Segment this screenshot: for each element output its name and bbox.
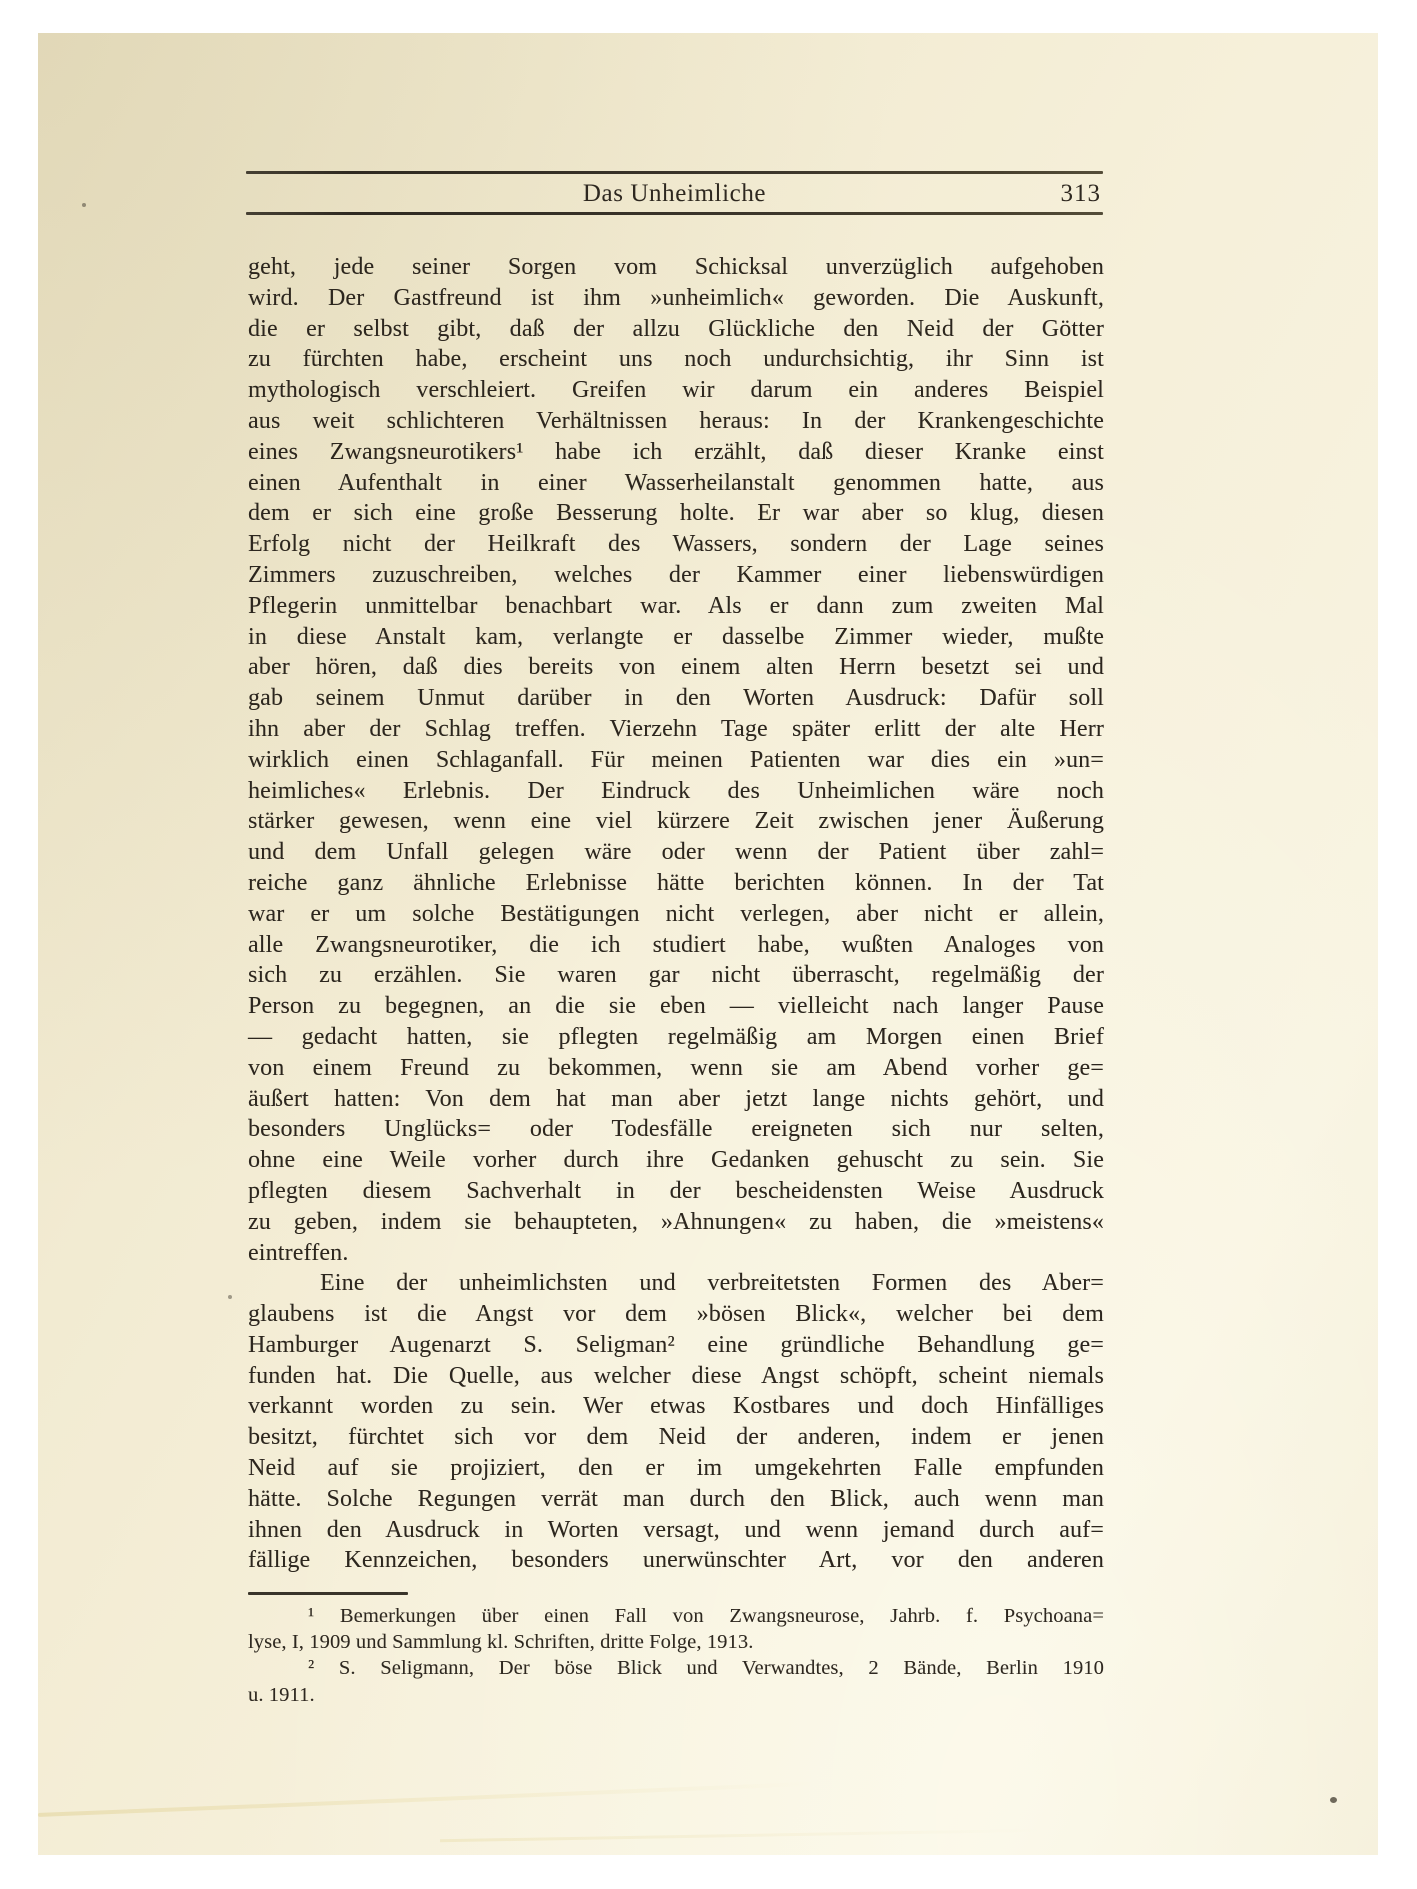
text-line: glaubens ist die Angst vor dem »bösen Bl… bbox=[248, 1299, 1104, 1330]
text-line: u. 1911. bbox=[248, 1682, 1104, 1708]
text-line: zu geben, indem sie behaupteten, »Ahnung… bbox=[248, 1207, 1104, 1238]
paragraph: ² S. Seligmann, Der böse Blick und Verwa… bbox=[248, 1655, 1104, 1707]
text-line: die er selbst gibt, daß der allzu Glückl… bbox=[248, 314, 1104, 345]
running-title: Das Unheimliche bbox=[246, 179, 1103, 209]
text-line: fällige Kennzeichen, besonders unerwünsc… bbox=[248, 1545, 1104, 1576]
running-header: Das Unheimliche 313 bbox=[246, 179, 1103, 211]
text-line: Person zu begegnen, an die sie eben — vi… bbox=[248, 991, 1104, 1022]
header-rule-bottom bbox=[246, 212, 1103, 215]
text-line: heimliches« Erlebnis. Der Eindruck des U… bbox=[248, 776, 1104, 807]
paragraph: geht, jede seiner Sorgen vom Schicksal u… bbox=[248, 252, 1104, 1268]
text-line: gab seinem Unmut darüber in den Worten A… bbox=[248, 683, 1104, 714]
paper-speck bbox=[1330, 1797, 1337, 1803]
text-line: zu fürchten habe, erscheint uns noch und… bbox=[248, 344, 1104, 375]
text-line: wird. Der Gastfreund ist ihm »unheimlich… bbox=[248, 283, 1104, 314]
scanned-page: Das Unheimliche 313 geht, jede seiner So… bbox=[0, 0, 1417, 1889]
text-line: hätte. Solche Regungen verrät man durch … bbox=[248, 1484, 1104, 1515]
text-line: pflegten diesem Sachverhalt in der besch… bbox=[248, 1176, 1104, 1207]
text-line: ihnen den Ausdruck in Worten versagt, un… bbox=[248, 1515, 1104, 1546]
text-line: war er um solche Bestätigungen nicht ver… bbox=[248, 899, 1104, 930]
text-line: Zimmers zuzuschreiben, welches der Kamme… bbox=[248, 560, 1104, 591]
text-line: ¹ Bemerkungen über einen Fall von Zwangs… bbox=[248, 1603, 1104, 1629]
paper-crease bbox=[440, 1829, 1043, 1843]
text-line: ohne eine Weile vorher durch ihre Gedank… bbox=[248, 1145, 1104, 1176]
text-line: reiche ganz ähnliche Erlebnisse hätte be… bbox=[248, 868, 1104, 899]
text-line: lyse, I, 1909 und Sammlung kl. Schriften… bbox=[248, 1629, 1104, 1655]
text-line: besitzt, fürchtet sich vor dem Neid der … bbox=[248, 1422, 1104, 1453]
text-line: — gedacht hatten, sie pflegten regelmäßi… bbox=[248, 1022, 1104, 1053]
paper-speck bbox=[82, 203, 86, 207]
text-line: aus weit schlichteren Verhältnissen hera… bbox=[248, 406, 1104, 437]
text-line: einen Aufenthalt in einer Wasserheilanst… bbox=[248, 468, 1104, 499]
text-line: wirklich einen Schlaganfall. Für meinen … bbox=[248, 745, 1104, 776]
paragraph: ¹ Bemerkungen über einen Fall von Zwangs… bbox=[248, 1603, 1104, 1655]
text-line: eines Zwangsneurotikers¹ habe ich erzähl… bbox=[248, 437, 1104, 468]
text-line: Eine der unheimlichsten und verbreitetst… bbox=[248, 1268, 1104, 1299]
text-line: stärker gewesen, wenn eine viel kürzere … bbox=[248, 806, 1104, 837]
book-page: Das Unheimliche 313 geht, jede seiner So… bbox=[38, 33, 1378, 1855]
text-line: aber hören, daß dies bereits von einem a… bbox=[248, 652, 1104, 683]
text-line: sich zu erzählen. Sie waren gar nicht üb… bbox=[248, 960, 1104, 991]
text-line: verkannt worden zu sein. Wer etwas Kostb… bbox=[248, 1391, 1104, 1422]
text-line: geht, jede seiner Sorgen vom Schicksal u… bbox=[248, 252, 1104, 283]
paper-crease bbox=[38, 1782, 815, 1817]
text-line: ihn aber der Schlag treffen. Vierzehn Ta… bbox=[248, 714, 1104, 745]
text-line: ² S. Seligmann, Der böse Blick und Verwa… bbox=[248, 1655, 1104, 1681]
text-line: Neid auf sie projiziert, den er im umgek… bbox=[248, 1453, 1104, 1484]
text-line: eintreffen. bbox=[248, 1238, 1104, 1269]
text-line: alle Zwangsneurotiker, die ich studiert … bbox=[248, 930, 1104, 961]
text-line: funden hat. Die Quelle, aus welcher dies… bbox=[248, 1361, 1104, 1392]
text-line: äußert hatten: Von dem hat man aber jetz… bbox=[248, 1084, 1104, 1115]
footnotes: ¹ Bemerkungen über einen Fall von Zwangs… bbox=[248, 1603, 1104, 1708]
page-number: 313 bbox=[1061, 179, 1102, 209]
text-line: von einem Freund zu bekommen, wenn sie a… bbox=[248, 1053, 1104, 1084]
text-line: Hamburger Augenarzt S. Seligman² eine gr… bbox=[248, 1330, 1104, 1361]
text-line: besonders Unglücks= oder Todesfälle erei… bbox=[248, 1114, 1104, 1145]
footnote-separator bbox=[248, 1592, 408, 1595]
body-text: geht, jede seiner Sorgen vom Schicksal u… bbox=[248, 252, 1104, 1576]
text-line: dem er sich eine große Besserung holte. … bbox=[248, 498, 1104, 529]
text-line: und dem Unfall gelegen wäre oder wenn de… bbox=[248, 837, 1104, 868]
header-rule-top bbox=[246, 171, 1103, 174]
text-line: mythologisch verschleiert. Greifen wir d… bbox=[248, 375, 1104, 406]
paper-speck bbox=[228, 1295, 232, 1299]
paragraph: Eine der unheimlichsten und verbreitetst… bbox=[248, 1268, 1104, 1576]
text-line: Erfolg nicht der Heilkraft des Wassers, … bbox=[248, 529, 1104, 560]
text-line: Pflegerin unmittelbar benachbart war. Al… bbox=[248, 591, 1104, 622]
text-line: in diese Anstalt kam, verlangte er dasse… bbox=[248, 622, 1104, 653]
